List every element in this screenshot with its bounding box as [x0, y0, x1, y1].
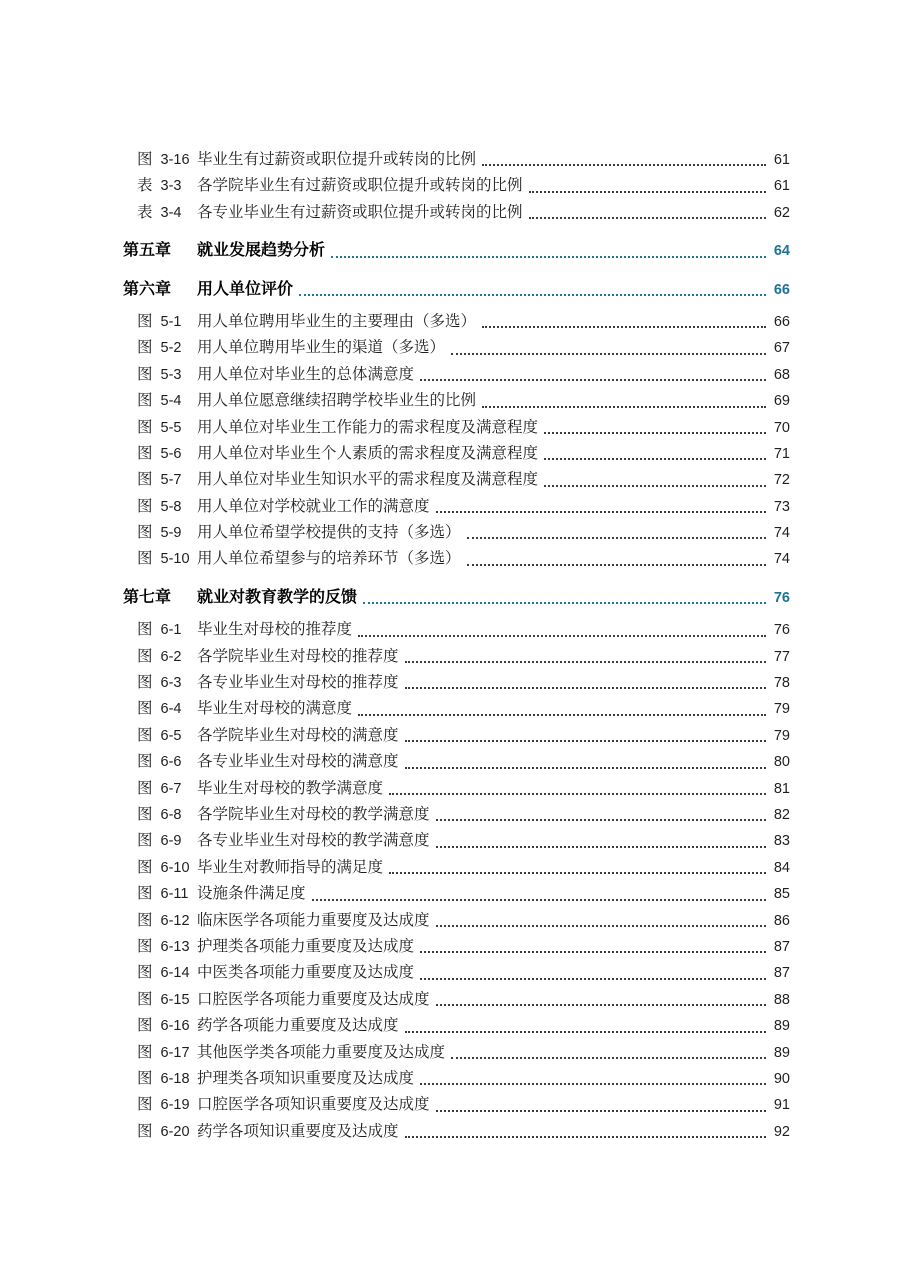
toc-entry-head: 图 5-3: [123, 362, 197, 388]
toc-entry-page-number: 85: [770, 881, 790, 907]
toc-entry-number: 6-13: [161, 934, 190, 960]
toc-dot-leader: [420, 978, 766, 980]
toc-entry-number: 6-8: [161, 802, 182, 828]
toc-entry-number: 6-6: [161, 749, 182, 775]
toc-entry-page-number: 66: [770, 309, 790, 335]
toc-entry-number: 5-9: [161, 520, 182, 546]
toc-entry-head: 图 6-6: [123, 749, 197, 775]
toc-entry-number: 6-9: [161, 828, 182, 854]
toc-entry-page-number: 69: [770, 388, 790, 414]
toc-entry-prefix: 图: [137, 1013, 153, 1039]
toc-entry-prefix: 表: [137, 200, 153, 226]
toc-entry-prefix: 图: [137, 828, 153, 854]
toc-entry-prefix: 图: [137, 934, 153, 960]
toc-entry-page-number: 76: [770, 617, 790, 643]
toc-entry-title: 用人单位对毕业生工作能力的需求程度及满意程度: [197, 415, 538, 441]
toc-entry-head: 图 6-11: [123, 881, 197, 907]
toc-entry[interactable]: 图 6-19 口腔医学各项知识重要度及达成度 91: [123, 1092, 790, 1118]
toc-entry-title: 用人单位希望学校提供的支持（多选）: [197, 520, 461, 546]
toc-entry[interactable]: 图 6-12 临床医学各项能力重要度及达成度 86: [123, 908, 790, 934]
toc-dot-leader: [436, 925, 766, 927]
toc-entry-page-number: 74: [770, 546, 790, 572]
toc-entry-title: 中医类各项能力重要度及达成度: [197, 960, 414, 986]
toc-entry-prefix: 图: [137, 881, 153, 907]
toc-entry[interactable]: 图 6-14 中医类各项能力重要度及达成度 87: [123, 960, 790, 986]
toc-entry-title: 药学各项知识重要度及达成度: [197, 1119, 399, 1145]
toc-entry-page-number: 79: [770, 723, 790, 749]
toc-entry[interactable]: 图 5-7 用人单位对毕业生知识水平的需求程度及满意程度 72: [123, 467, 790, 493]
toc-entry-prefix: 图: [137, 1119, 153, 1145]
toc-entry-prefix: 图: [137, 723, 153, 749]
toc-entry-prefix: 图: [137, 494, 153, 520]
toc-entry-title: 各学院毕业生对母校的满意度: [197, 723, 399, 749]
toc-entry-head: 图 6-8: [123, 802, 197, 828]
toc-entry-page-number: 61: [770, 173, 790, 199]
toc-entry-head: 图 5-8: [123, 494, 197, 520]
toc-entry-head: 图 5-7: [123, 467, 197, 493]
toc-entry-head: 第六章: [123, 277, 197, 303]
toc-entry-prefix: 图: [137, 776, 153, 802]
toc-entry-page-number: 87: [770, 934, 790, 960]
toc-dot-leader: [405, 661, 766, 663]
toc-entry-page-number: 92: [770, 1119, 790, 1145]
toc-entry-number: 3-4: [161, 200, 182, 226]
toc-entry-page-number: 79: [770, 696, 790, 722]
toc-dot-leader: [482, 406, 766, 408]
toc-dot-leader: [482, 164, 766, 166]
toc-dot-leader: [389, 872, 766, 874]
toc-entry-number: 5-8: [161, 494, 182, 520]
toc-entry-page-number: 78: [770, 670, 790, 696]
toc-entry-page-number: 80: [770, 749, 790, 775]
toc-entry-number: 5-3: [161, 362, 182, 388]
toc-entry-head: 图 5-2: [123, 335, 197, 361]
toc-entry[interactable]: 图 5-6 用人单位对毕业生个人素质的需求程度及满意程度 71: [123, 441, 790, 467]
toc-dot-leader: [389, 793, 766, 795]
toc-entry-prefix: 图: [137, 908, 153, 934]
toc-list: 图 3-16 毕业生有过薪资或职位提升或转岗的比例 61 表 3-3 各学院毕业…: [123, 147, 790, 1145]
toc-entry-page-number: 74: [770, 520, 790, 546]
toc-entry-title: 用人单位聘用毕业生的主要理由（多选）: [197, 309, 476, 335]
toc-dot-leader: [405, 740, 766, 742]
toc-entry[interactable]: 图 6-17 其他医学类各项能力重要度及达成度 89: [123, 1040, 790, 1066]
toc-dot-leader: [436, 819, 766, 821]
toc-entry-title: 各专业毕业生对母校的满意度: [197, 749, 399, 775]
toc-entry-title: 护理类各项知识重要度及达成度: [197, 1066, 414, 1092]
toc-entry-prefix: 图: [137, 362, 153, 388]
toc-entry-title: 护理类各项能力重要度及达成度: [197, 934, 414, 960]
toc-entry-title: 其他医学类各项能力重要度及达成度: [197, 1040, 445, 1066]
toc-entry[interactable]: 图 3-16 毕业生有过薪资或职位提升或转岗的比例 61: [123, 147, 790, 173]
toc-entry-page-number: 68: [770, 362, 790, 388]
toc-dot-leader: [358, 714, 766, 716]
toc-entry-number: 6-20: [161, 1119, 190, 1145]
toc-entry-prefix: 图: [137, 520, 153, 546]
toc-entry-page-number: 84: [770, 855, 790, 881]
toc-entry-head: 图 5-6: [123, 441, 197, 467]
toc-dot-leader: [436, 846, 766, 848]
toc-entry-number: 5-4: [161, 388, 182, 414]
toc-entry[interactable]: 第五章 就业发展趋势分析 64: [123, 238, 790, 264]
toc-entry-head: 图 5-4: [123, 388, 197, 414]
toc-entry-page-number: 77: [770, 644, 790, 670]
toc-dot-leader: [420, 379, 766, 381]
document-page: 图 3-16 毕业生有过薪资或职位提升或转岗的比例 61 表 3-3 各学院毕业…: [0, 0, 905, 1279]
toc-entry-title: 毕业生对母校的推荐度: [197, 617, 352, 643]
toc-entry-page-number: 71: [770, 441, 790, 467]
toc-dot-leader: [420, 951, 766, 953]
toc-entry[interactable]: 图 6-10 毕业生对教师指导的满足度 84: [123, 855, 790, 881]
toc-entry[interactable]: 图 6-8 各学院毕业生对母校的教学满意度 82: [123, 802, 790, 828]
toc-entry-number: 3-16: [161, 147, 190, 173]
toc-entry-prefix: 图: [137, 415, 153, 441]
toc-entry[interactable]: 图 6-11 设施条件满足度 85: [123, 881, 790, 907]
toc-entry-prefix: 图: [137, 441, 153, 467]
toc-entry-prefix: 图: [137, 546, 153, 572]
toc-entry[interactable]: 第七章 就业对教育教学的反馈 76: [123, 585, 790, 611]
toc-entry-title: 用人单位对毕业生的总体满意度: [197, 362, 414, 388]
toc-entry-prefix: 第七章: [123, 585, 171, 611]
toc-entry-head: 图 3-16: [123, 147, 197, 173]
toc-entry-page-number: 64: [770, 238, 790, 264]
toc-entry-page-number: 73: [770, 494, 790, 520]
toc-entry-head: 图 6-10: [123, 855, 197, 881]
toc-dot-leader: [436, 511, 766, 513]
toc-dot-leader: [467, 537, 766, 539]
toc-entry-page-number: 66: [770, 277, 790, 303]
toc-dot-leader: [544, 432, 766, 434]
toc-dot-leader: [331, 256, 766, 258]
toc-entry-page-number: 89: [770, 1040, 790, 1066]
toc-entry-head: 图 6-17: [123, 1040, 197, 1066]
toc-entry-page-number: 72: [770, 467, 790, 493]
toc-entry-prefix: 图: [137, 467, 153, 493]
toc-dot-leader: [467, 564, 766, 566]
toc-entry-head: 图 6-7: [123, 776, 197, 802]
toc-entry-head: 表 3-4: [123, 200, 197, 226]
toc-entry-title: 用人单位聘用毕业生的渠道（多选）: [197, 335, 445, 361]
toc-entry-title: 用人单位评价: [197, 277, 293, 303]
toc-entry-head: 图 6-15: [123, 987, 197, 1013]
toc-entry-number: 6-7: [161, 776, 182, 802]
toc-entry-number: 6-16: [161, 1013, 190, 1039]
toc-entry-title: 设施条件满足度: [197, 881, 306, 907]
toc-entry-page-number: 87: [770, 960, 790, 986]
toc-entry-prefix: 图: [137, 617, 153, 643]
toc-entry-title: 毕业生对母校的满意度: [197, 696, 352, 722]
toc-entry[interactable]: 表 3-3 各学院毕业生有过薪资或职位提升或转岗的比例 61: [123, 173, 790, 199]
toc-entry-prefix: 第六章: [123, 277, 171, 303]
toc-entry-page-number: 81: [770, 776, 790, 802]
toc-entry-head: 图 6-5: [123, 723, 197, 749]
toc-entry-title: 临床医学各项能力重要度及达成度: [197, 908, 430, 934]
toc-entry-prefix: 图: [137, 696, 153, 722]
toc-entry-head: 图 6-1: [123, 617, 197, 643]
toc-entry-number: 6-3: [161, 670, 182, 696]
toc-dot-leader: [405, 687, 766, 689]
toc-entry-number: 6-11: [161, 881, 189, 907]
toc-entry-number: 6-15: [161, 987, 190, 1013]
toc-dot-leader: [544, 458, 766, 460]
toc-entry-head: 表 3-3: [123, 173, 197, 199]
toc-entry-page-number: 86: [770, 908, 790, 934]
toc-entry-title: 口腔医学各项知识重要度及达成度: [197, 1092, 430, 1118]
toc-entry[interactable]: 图 6-5 各学院毕业生对母校的满意度 79: [123, 723, 790, 749]
toc-entry-page-number: 70: [770, 415, 790, 441]
toc-dot-leader: [405, 767, 766, 769]
toc-entry-prefix: 图: [137, 1040, 153, 1066]
toc-entry-page-number: 61: [770, 147, 790, 173]
toc-entry[interactable]: 图 5-3 用人单位对毕业生的总体满意度 68: [123, 362, 790, 388]
toc-entry-number: 6-14: [161, 960, 190, 986]
toc-entry-title: 用人单位对毕业生个人素质的需求程度及满意程度: [197, 441, 538, 467]
toc-entry-prefix: 图: [137, 960, 153, 986]
toc-entry-title: 各专业毕业生有过薪资或职位提升或转岗的比例: [197, 200, 523, 226]
toc-entry-number: 6-17: [161, 1040, 190, 1066]
toc-entry-number: 6-1: [161, 617, 182, 643]
toc-dot-leader: [405, 1136, 766, 1138]
toc-entry[interactable]: 图 5-2 用人单位聘用毕业生的渠道（多选） 67: [123, 335, 790, 361]
toc-dot-leader: [482, 326, 766, 328]
toc-entry-number: 3-3: [161, 173, 182, 199]
toc-entry[interactable]: 图 6-4 毕业生对母校的满意度 79: [123, 696, 790, 722]
toc-entry-title: 毕业生有过薪资或职位提升或转岗的比例: [197, 147, 476, 173]
toc-entry-page-number: 83: [770, 828, 790, 854]
toc-entry-title: 毕业生对母校的教学满意度: [197, 776, 383, 802]
toc-entry-head: 图 6-9: [123, 828, 197, 854]
toc-entry-prefix: 图: [137, 1066, 153, 1092]
toc-dot-leader: [451, 1057, 766, 1059]
toc-entry-page-number: 76: [770, 585, 790, 611]
toc-entry[interactable]: 图 6-20 药学各项知识重要度及达成度 92: [123, 1119, 790, 1145]
toc-entry-title: 就业发展趋势分析: [197, 238, 325, 264]
toc-entry[interactable]: 图 6-2 各学院毕业生对母校的推荐度 77: [123, 644, 790, 670]
toc-entry[interactable]: 图 6-9 各专业毕业生对母校的教学满意度 83: [123, 828, 790, 854]
toc-entry[interactable]: 图 6-6 各专业毕业生对母校的满意度 80: [123, 749, 790, 775]
toc-entry-head: 图 6-18: [123, 1066, 197, 1092]
toc-entry-head: 图 6-13: [123, 934, 197, 960]
toc-dot-leader: [312, 899, 766, 901]
toc-entry-page-number: 62: [770, 200, 790, 226]
toc-entry-page-number: 90: [770, 1066, 790, 1092]
toc-dot-leader: [544, 485, 766, 487]
toc-entry-head: 第五章: [123, 238, 197, 264]
toc-entry-title: 各学院毕业生对母校的教学满意度: [197, 802, 430, 828]
toc-entry-prefix: 图: [137, 309, 153, 335]
toc-entry-title: 各学院毕业生对母校的推荐度: [197, 644, 399, 670]
toc-entry-title: 各专业毕业生对母校的教学满意度: [197, 828, 430, 854]
toc-dot-leader: [358, 635, 766, 637]
toc-entry-number: 5-10: [161, 546, 190, 572]
toc-entry-head: 图 6-12: [123, 908, 197, 934]
toc-dot-leader: [529, 191, 766, 193]
toc-entry-head: 第七章: [123, 585, 197, 611]
toc-entry[interactable]: 图 5-4 用人单位愿意继续招聘学校毕业生的比例 69: [123, 388, 790, 414]
toc-entry-prefix: 图: [137, 670, 153, 696]
toc-entry-page-number: 82: [770, 802, 790, 828]
toc-entry-prefix: 第五章: [123, 238, 171, 264]
toc-dot-leader: [420, 1083, 766, 1085]
toc-entry-head: 图 5-10: [123, 546, 197, 572]
toc-entry-prefix: 图: [137, 749, 153, 775]
toc-entry-number: 6-19: [161, 1092, 190, 1118]
toc-entry-prefix: 图: [137, 802, 153, 828]
toc-entry-title: 就业对教育教学的反馈: [197, 585, 357, 611]
toc-entry-number: 6-10: [161, 855, 190, 881]
toc-entry-prefix: 图: [137, 388, 153, 414]
toc-entry-number: 5-6: [161, 441, 182, 467]
toc-entry-title: 用人单位对毕业生知识水平的需求程度及满意程度: [197, 467, 538, 493]
toc-entry-title: 各专业毕业生对母校的推荐度: [197, 670, 399, 696]
toc-entry-number: 6-12: [161, 908, 190, 934]
toc-entry-title: 药学各项能力重要度及达成度: [197, 1013, 399, 1039]
toc-entry[interactable]: 图 6-18 护理类各项知识重要度及达成度 90: [123, 1066, 790, 1092]
toc-entry-number: 6-5: [161, 723, 182, 749]
toc-entry-number: 6-4: [161, 696, 182, 722]
toc-entry-number: 6-2: [161, 644, 182, 670]
toc-entry[interactable]: 表 3-4 各专业毕业生有过薪资或职位提升或转岗的比例 62: [123, 200, 790, 226]
toc-entry[interactable]: 图 5-9 用人单位希望学校提供的支持（多选） 74: [123, 520, 790, 546]
toc-entry-prefix: 表: [137, 173, 153, 199]
toc-entry-page-number: 88: [770, 987, 790, 1013]
toc-entry-number: 5-1: [161, 309, 182, 335]
toc-dot-leader: [299, 294, 766, 296]
toc-dot-leader: [451, 353, 766, 355]
toc-entry-head: 图 6-4: [123, 696, 197, 722]
toc-entry[interactable]: 图 5-10 用人单位希望参与的培养环节（多选） 74: [123, 546, 790, 572]
toc-dot-leader: [405, 1031, 766, 1033]
toc-entry-head: 图 6-20: [123, 1119, 197, 1145]
toc-entry-head: 图 6-3: [123, 670, 197, 696]
toc-entry-head: 图 6-19: [123, 1092, 197, 1118]
toc-entry-prefix: 图: [137, 1092, 153, 1118]
toc-entry-page-number: 89: [770, 1013, 790, 1039]
toc-entry[interactable]: 图 6-13 护理类各项能力重要度及达成度 87: [123, 934, 790, 960]
toc-entry[interactable]: 图 6-3 各专业毕业生对母校的推荐度 78: [123, 670, 790, 696]
toc-entry[interactable]: 图 5-8 用人单位对学校就业工作的满意度 73: [123, 494, 790, 520]
toc-entry-head: 图 5-5: [123, 415, 197, 441]
toc-entry-title: 用人单位对学校就业工作的满意度: [197, 494, 430, 520]
toc-entry-number: 5-2: [161, 335, 182, 361]
toc-entry-title: 用人单位希望参与的培养环节（多选）: [197, 546, 461, 572]
toc-entry-number: 5-5: [161, 415, 182, 441]
toc-entry-prefix: 图: [137, 644, 153, 670]
toc-entry-prefix: 图: [137, 987, 153, 1013]
toc-entry-title: 毕业生对教师指导的满足度: [197, 855, 383, 881]
toc-entry-title: 用人单位愿意继续招聘学校毕业生的比例: [197, 388, 476, 414]
toc-entry[interactable]: 图 6-16 药学各项能力重要度及达成度 89: [123, 1013, 790, 1039]
toc-entry-prefix: 图: [137, 147, 153, 173]
toc-entry-head: 图 6-2: [123, 644, 197, 670]
toc-dot-leader: [436, 1004, 766, 1006]
toc-entry-head: 图 5-9: [123, 520, 197, 546]
toc-entry-head: 图 6-14: [123, 960, 197, 986]
toc-entry-title: 各学院毕业生有过薪资或职位提升或转岗的比例: [197, 173, 523, 199]
toc-entry-page-number: 67: [770, 335, 790, 361]
toc-entry-number: 5-7: [161, 467, 182, 493]
toc-entry-prefix: 图: [137, 855, 153, 881]
toc-entry[interactable]: 图 5-1 用人单位聘用毕业生的主要理由（多选） 66: [123, 309, 790, 335]
toc-entry-head: 图 6-16: [123, 1013, 197, 1039]
toc-entry-prefix: 图: [137, 335, 153, 361]
toc-entry[interactable]: 图 6-7 毕业生对母校的教学满意度 81: [123, 776, 790, 802]
toc-dot-leader: [436, 1110, 766, 1112]
toc-entry[interactable]: 图 6-1 毕业生对母校的推荐度 76: [123, 617, 790, 643]
toc-entry[interactable]: 图 6-15 口腔医学各项能力重要度及达成度 88: [123, 987, 790, 1013]
toc-entry-number: 6-18: [161, 1066, 190, 1092]
toc-entry[interactable]: 图 5-5 用人单位对毕业生工作能力的需求程度及满意程度 70: [123, 415, 790, 441]
toc-entry-page-number: 91: [770, 1092, 790, 1118]
toc-entry-head: 图 5-1: [123, 309, 197, 335]
toc-dot-leader: [363, 602, 766, 604]
toc-entry[interactable]: 第六章 用人单位评价 66: [123, 277, 790, 303]
toc-dot-leader: [529, 217, 766, 219]
toc-entry-title: 口腔医学各项能力重要度及达成度: [197, 987, 430, 1013]
